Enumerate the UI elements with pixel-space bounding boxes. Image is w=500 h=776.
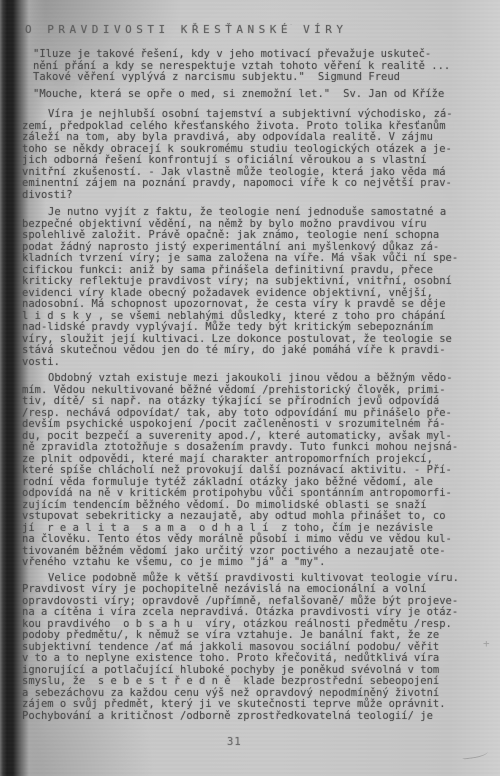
epigraph-jan-od-krize: "Mouche, která se opře o med, si znemožn… xyxy=(33,89,484,101)
paragraph-je-nutno-vyjit: Je nutno vyjít z faktu, že teologie není… xyxy=(22,207,484,368)
page-content: O PRAVDIVOSTI KŘESŤANSKÉ VÍRY "Iluze je … xyxy=(0,24,500,749)
page-title: O PRAVDIVOSTI KŘESŤANSKÉ VÍRY xyxy=(25,24,484,36)
smudge-mark-bottom-right xyxy=(462,748,489,760)
epigraph-freud-attribution: Sigmund Freud xyxy=(305,71,400,83)
paragraph-obdobny-vztah: Obdobný vztah existuje mezi jakoukoli ji… xyxy=(22,373,484,569)
epigraph-jan-od-krize-text: "Mouche, která se opře o med, si znemožn… xyxy=(33,88,330,100)
epigraph-jan-od-krize-attribution: Sv. Jan od Kříže xyxy=(330,88,444,100)
paragraph-vira-je-nejhlubsi: Víra je nejhlubší osobní tajemství a sub… xyxy=(22,109,484,201)
epigraph-freud: "Iluze je takové řešení, kdy v jeho moti… xyxy=(33,49,484,84)
scanned-book-page: O PRAVDIVOSTI KŘESŤANSKÉ VÍRY "Iluze je … xyxy=(0,0,500,776)
paragraph-velice-podobne: Velice podobně může k větší pravdivosti … xyxy=(22,573,484,723)
page-number: 31 xyxy=(227,737,484,749)
